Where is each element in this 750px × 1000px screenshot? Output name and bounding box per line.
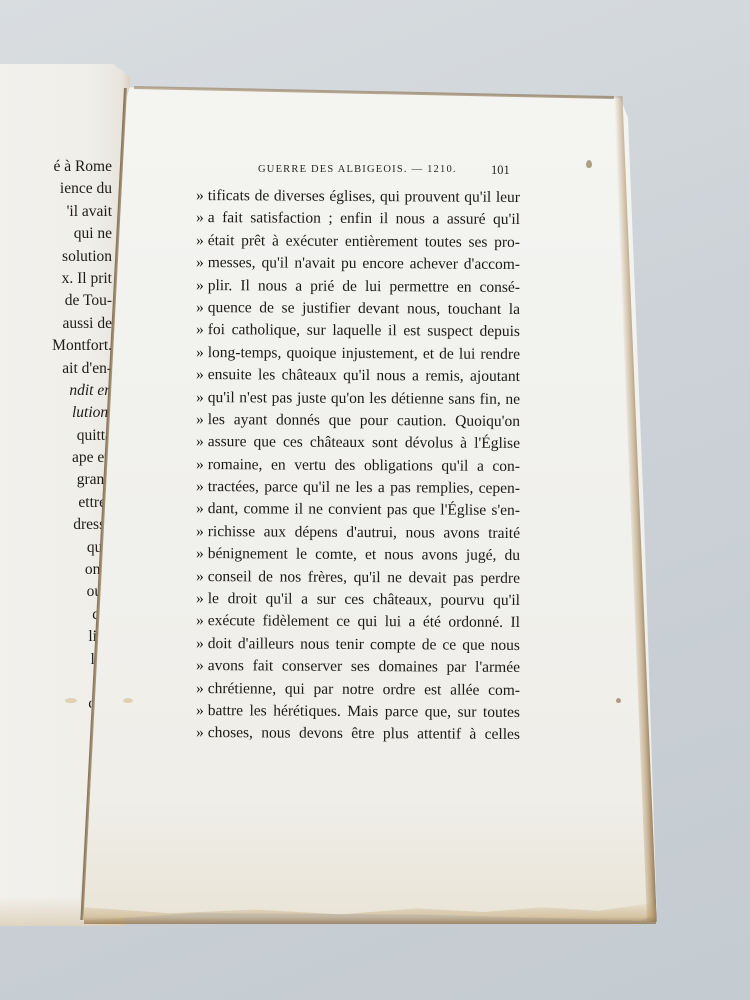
book-photo-scene: é à Rome ience du 'il avait qui ne solut…: [0, 0, 750, 1000]
text-line: »foi catholique, sur laquelle il est sus…: [196, 319, 520, 343]
foxing-spot-icon: [586, 160, 592, 168]
left-line: ait d'en-: [0, 358, 112, 380]
text-line: »bénignement le comte, et nous avons jug…: [196, 543, 520, 567]
left-line: Montfort.: [0, 335, 112, 357]
text-line: »tractées, parce qu'il ne les a pas remp…: [196, 476, 520, 500]
left-line: de Tou-: [0, 290, 112, 312]
left-line: aussi de: [0, 313, 112, 335]
foxing-spot-icon: [616, 698, 621, 703]
left-line: ience du: [0, 178, 112, 200]
text-line: »a fait satisfaction ; enfin il nous a a…: [196, 207, 520, 231]
text-line: »romaine, en vertu des obligations qu'il…: [196, 454, 520, 478]
left-line: dressa: [0, 514, 112, 536]
text-line: »richisse aux dépens d'autrui, nous avon…: [196, 521, 520, 545]
page-number: 101: [491, 163, 510, 178]
left-line: ond,: [0, 559, 112, 581]
left-line: qui ne: [0, 223, 112, 245]
text-line: »chrétienne, qui par notre ordre est all…: [196, 678, 520, 702]
left-line: x. Il prit: [0, 268, 112, 290]
text-line: »ensuite les châteaux qu'il nous a remis…: [196, 364, 520, 388]
text-line: »dant, comme il ne convient pas que l'Ég…: [196, 498, 520, 522]
running-head: GUERRE DES ALBIGEOIS. — 1210.: [258, 164, 510, 175]
left-line: 'il avait: [0, 201, 112, 223]
left-line: ous,: [0, 581, 112, 603]
text-line: »conseil de nos frères, qu'il ne devait …: [196, 566, 520, 590]
text-line: »avons fait conserver ses domaines par l…: [196, 655, 520, 679]
text-line: »doit d'ailleurs nous tenir compte de ce…: [196, 633, 520, 657]
foxing-spot-icon: [65, 698, 77, 703]
text-line: »était prêt à exécuter entièrement toute…: [196, 230, 520, 254]
left-line: grand: [0, 469, 112, 491]
left-line: ndit en: [0, 380, 112, 402]
left-line: ettres: [0, 492, 112, 514]
text-line: »messes, qu'il n'avait pu encore achever…: [196, 252, 520, 276]
text-line: »quence de se justifier devant nous, tou…: [196, 297, 520, 321]
left-line: quitta: [0, 425, 112, 447]
text-line: »long-temps, quoique injustement, et de …: [196, 342, 520, 366]
text-line: »les ayant donnés que pour caution. Quoi…: [196, 409, 520, 433]
text-line: »qu'il n'est pas juste qu'on les détienn…: [196, 387, 520, 411]
left-line: é à Rome: [0, 156, 112, 178]
left-line: ape en: [0, 447, 112, 469]
text-line: »plir. Il nous a prié de lui permettre e…: [196, 275, 520, 299]
text-line: »exécute fidèlement ce qui lui a été ord…: [196, 610, 520, 634]
text-line: »tificats de diverses églises, qui prouv…: [196, 185, 520, 209]
text-line: »le droit qu'il a sur ces châteaux, pour…: [196, 588, 520, 612]
page-body-text: »tificats de diverses églises, qui prouv…: [196, 185, 520, 745]
text-line: »assure que ces châteaux sont dévolus à …: [196, 431, 520, 455]
text-line: »choses, nous devons être plus attentif …: [196, 722, 520, 746]
left-line: lution,: [0, 402, 112, 424]
left-line: solution: [0, 246, 112, 268]
foxing-spot-icon: [123, 698, 133, 703]
text-line: »battre les hérétiques. Mais parce que, …: [196, 700, 520, 724]
left-line: qu'à: [0, 537, 112, 559]
